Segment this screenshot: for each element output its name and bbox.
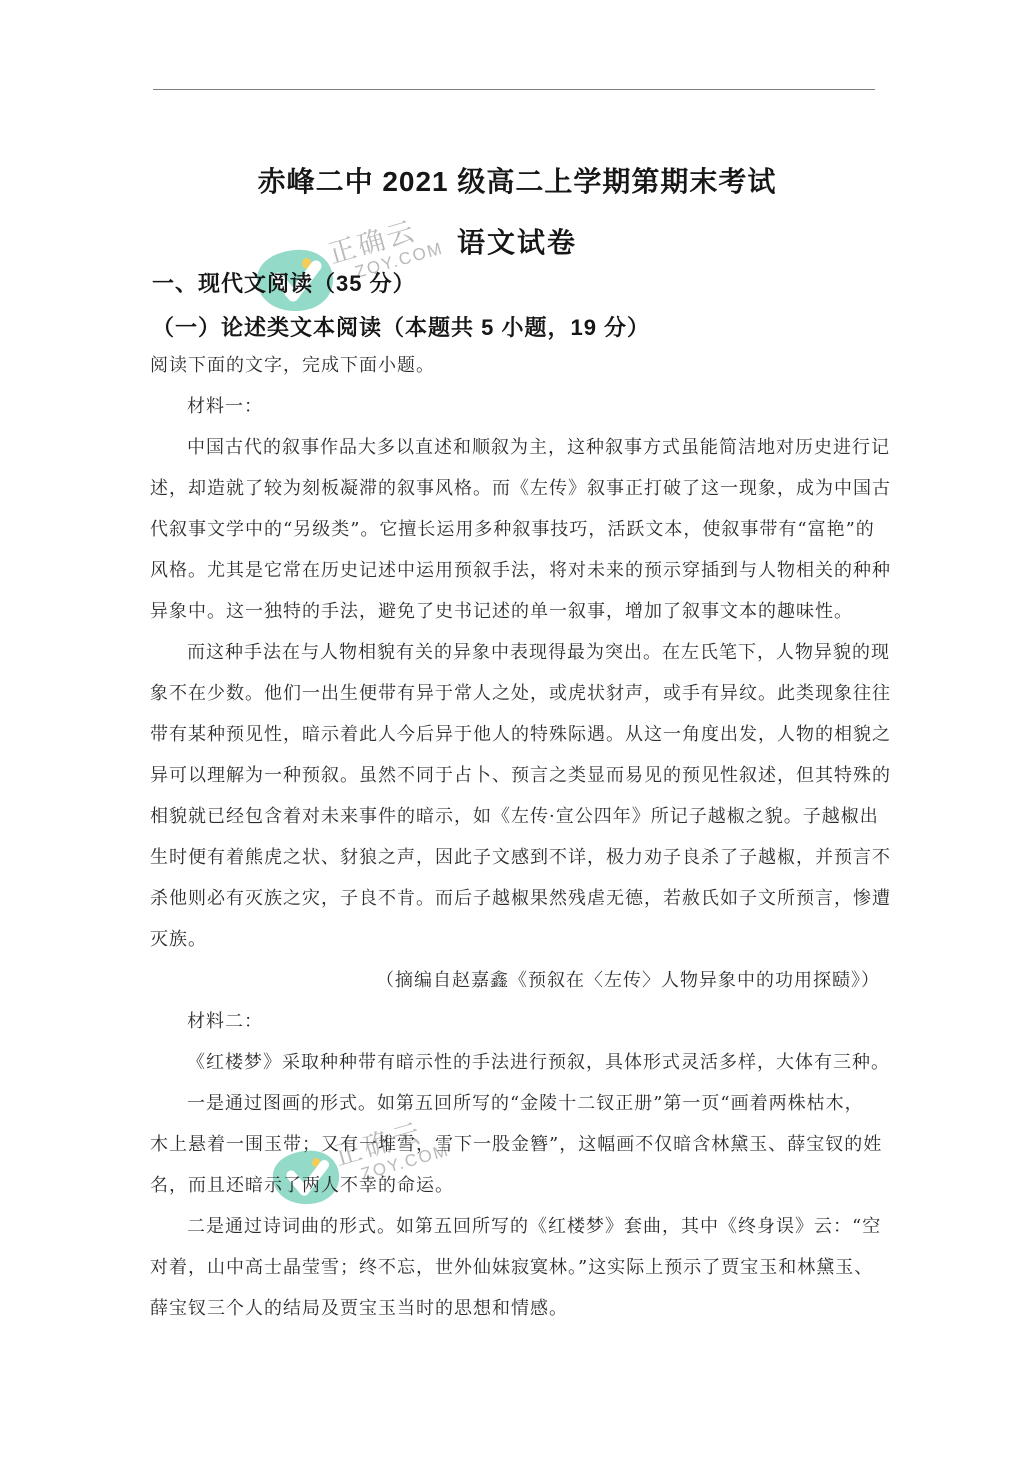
section-heading: 一、现代文阅读（35 分）	[152, 267, 416, 298]
text-line: （摘编自赵嘉鑫《预叙在〈左传〉人物异象中的功用探赜》）	[150, 960, 880, 1001]
text-line: 材料一：	[150, 386, 880, 427]
text-line: 杀他则必有灭族之灾，子良不肯。而后子越椒果然残虐无德，若赦氏如子文所预言，惨遭	[150, 878, 880, 919]
text-line: 阅读下面的文字，完成下面小题。	[150, 345, 880, 386]
text-line: 一是通过图画的形式。如第五回所写的“金陵十二钗正册”第一页“画着两株枯木，	[150, 1083, 880, 1124]
text-line: 相貌就已经包含着对未来事件的暗示，如《左传·宣公四年》所记子越椒之貌。子越椒出	[150, 796, 880, 837]
page-subtitle: 语文试卷	[0, 221, 1034, 261]
text-line: 象不在少数。他们一出生便带有异于常人之处，或虎状豺声，或手有异纹。此类现象往往	[150, 673, 880, 714]
text-line: 生时便有着熊虎之状、豺狼之声，因此子文感到不详，极力劝子良杀了子越椒，并预言不	[150, 837, 880, 878]
text-line: 异可以理解为一种预叙。虽然不同于占卜、预言之类显而易见的预见性叙述，但其特殊的	[150, 755, 880, 796]
header-rule	[153, 89, 875, 90]
text-line: 名，而且还暗示了两人不幸的命运。	[150, 1165, 880, 1206]
text-line: 述，却造就了较为刻板凝滞的叙事风格。而《左传》叙事正打破了这一现象，成为中国古	[150, 468, 880, 509]
text-line: 中国古代的叙事作品大多以直述和顺叙为主，这种叙事方式虽能简洁地对历史进行记	[150, 427, 880, 468]
text-line: 代叙事文学中的“另级类”。它擅长运用多种叙事技巧，活跃文本，使叙事带有“富艳”的	[150, 509, 880, 550]
text-line: 异象中。这一独特的手法，避免了史书记述的单一叙事，增加了叙事文本的趣味性。	[150, 591, 880, 632]
text-line: 材料二：	[150, 1001, 880, 1042]
body-text: 阅读下面的文字，完成下面小题。材料一：中国古代的叙事作品大多以直述和顺叙为主，这…	[150, 345, 880, 1329]
text-line: 风格。尤其是它常在历史记述中运用预叙手法，将对未来的预示穿插到与人物相关的种种	[150, 550, 880, 591]
text-line: 二是通过诗词曲的形式。如第五回所写的《红楼梦》套曲，其中《终身误》云：“空	[150, 1206, 880, 1247]
text-line: 对着，山中高士晶莹雪；终不忘，世外仙妹寂寞林。”这实际上预示了贾宝玉和林黛玉、	[150, 1247, 880, 1288]
subsection-heading: （一）论述类文本阅读（本题共 5 小题，19 分）	[152, 311, 650, 342]
text-line: 灭族。	[150, 919, 880, 960]
text-line: 薛宝钗三个人的结局及贾宝玉当时的思想和情感。	[150, 1288, 880, 1329]
text-line: 带有某种预见性，暗示着此人今后异于他人的特殊际遇。从这一角度出发，人物的相貌之	[150, 714, 880, 755]
text-line: 《红楼梦》采取种种带有暗示性的手法进行预叙，具体形式灵活多样，大体有三种。	[150, 1042, 880, 1083]
text-line: 而这种手法在与人物相貌有关的异象中表现得最为突出。在左氏笔下，人物异貌的现	[150, 632, 880, 673]
page-title: 赤峰二中 2021 级高二上学期第期末考试	[0, 160, 1034, 200]
text-line: 木上悬着一围玉带；又有一堆雪，雪下一股金簪”，这幅画不仅暗含林黛玉、薛宝钗的姓	[150, 1124, 880, 1165]
exam-paper-page: 赤峰二中 2021 级高二上学期第期末考试 语文试卷 一、现代文阅读（35 分）…	[0, 0, 1034, 1462]
